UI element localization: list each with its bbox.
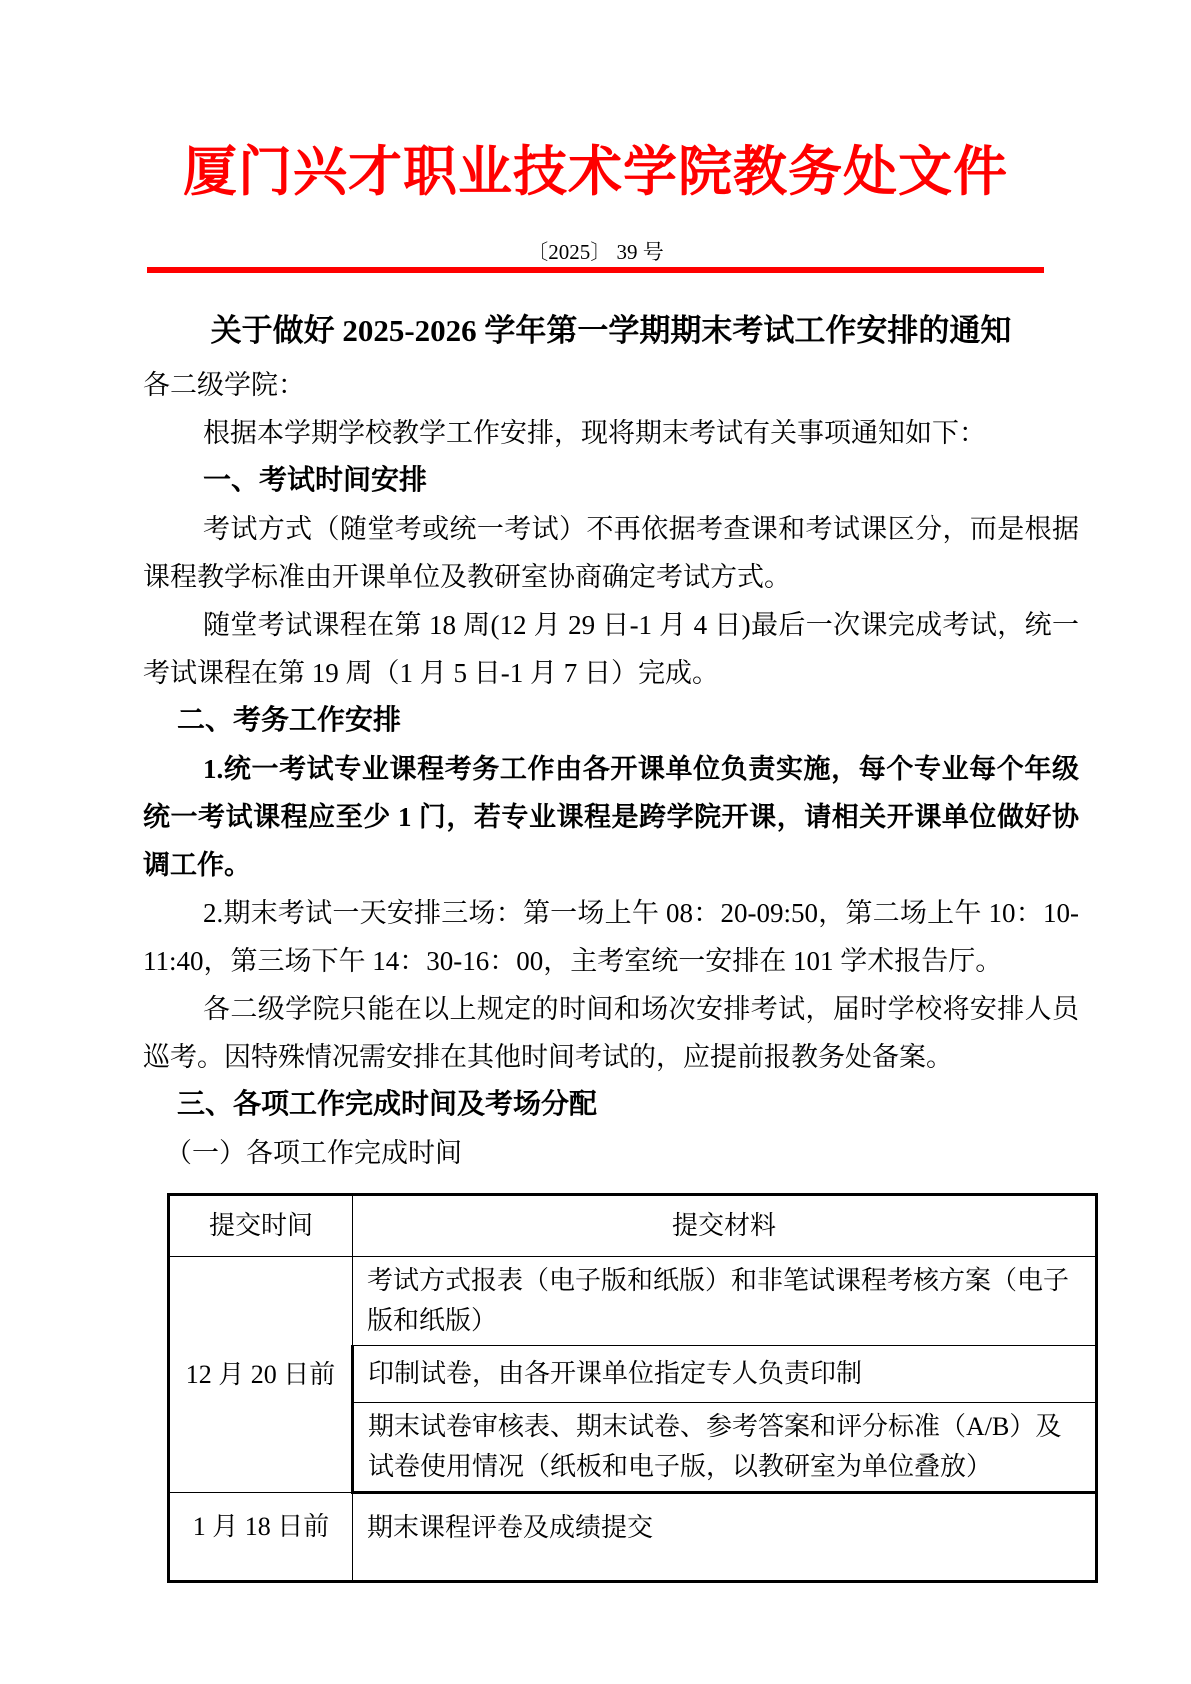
doc-number: 〔2025〕 39 号 (0, 240, 1191, 264)
salutation: 各二级学院： (143, 361, 1079, 409)
material-cell: 印制试卷，由各开课单位指定专人负责印制 (353, 1346, 1097, 1403)
section2-paragraph-1: 1.统一考试专业课程考务工作由各开课单位负责实施，每个专业每个年级统一考试课程应… (143, 745, 1079, 889)
section2-heading: 二、考务工作安排 (143, 697, 1079, 745)
section3-subheading: （一）各项工作完成时间 (143, 1129, 1079, 1177)
document-page: 厦门兴才职业技术学院教务处文件 〔2025〕 39 号 关于做好 2025-20… (0, 0, 1191, 1684)
notice-title: 关于做好 2025-2026 学年第一学期期末考试工作安排的通知 (143, 309, 1079, 353)
org-title: 厦门兴才职业技术学院教务处文件 (0, 0, 1191, 208)
table-row: 1 月 18 日前 期末课程评卷及成绩提交 (169, 1493, 1097, 1582)
material-cell: 期末课程评卷及成绩提交 (353, 1493, 1097, 1582)
time-cell-dec20: 12 月 20 日前 (169, 1257, 353, 1493)
submission-schedule-table: 提交时间 提交材料 12 月 20 日前 考试方式报表（电子版和纸版）和非笔试课… (167, 1193, 1098, 1583)
table-header-row: 提交时间 提交材料 (169, 1195, 1097, 1257)
column-header-time: 提交时间 (169, 1195, 353, 1257)
material-cell: 期末试卷审核表、期末试卷、参考答案和评分标准（A/B）及试卷使用情况（纸板和电子… (353, 1403, 1097, 1493)
time-cell-jan18: 1 月 18 日前 (169, 1493, 353, 1582)
section2-paragraph-2: 2.期末考试一天安排三场：第一场上午 08：20-09:50，第二场上午 10：… (143, 889, 1079, 985)
material-cell: 考试方式报表（电子版和纸版）和非笔试课程考核方案（电子版和纸版） (353, 1257, 1097, 1346)
column-header-material: 提交材料 (353, 1195, 1097, 1257)
letterhead: 厦门兴才职业技术学院教务处文件 〔2025〕 39 号 (0, 0, 1191, 273)
section2-paragraph-3: 各二级学院只能在以上规定的时间和场次安排考试，届时学校将安排人员巡考。因特殊情况… (143, 985, 1079, 1081)
table-row: 12 月 20 日前 考试方式报表（电子版和纸版）和非笔试课程考核方案（电子版和… (169, 1257, 1097, 1346)
section1-paragraph-1: 考试方式（随堂考或统一考试）不再依据考查课和考试课区分，而是根据课程教学标准由开… (143, 505, 1079, 601)
section1-heading: 一、考试时间安排 (143, 457, 1079, 505)
document-body: 关于做好 2025-2026 学年第一学期期末考试工作安排的通知 各二级学院： … (0, 273, 1191, 1583)
section3-heading: 三、各项工作完成时间及考场分配 (143, 1081, 1079, 1129)
intro-paragraph: 根据本学期学校教学工作安排，现将期末考试有关事项通知如下： (143, 409, 1079, 457)
section1-paragraph-2: 随堂考试课程在第 18 周(12 月 29 日-1 月 4 日)最后一次课完成考… (143, 601, 1079, 697)
